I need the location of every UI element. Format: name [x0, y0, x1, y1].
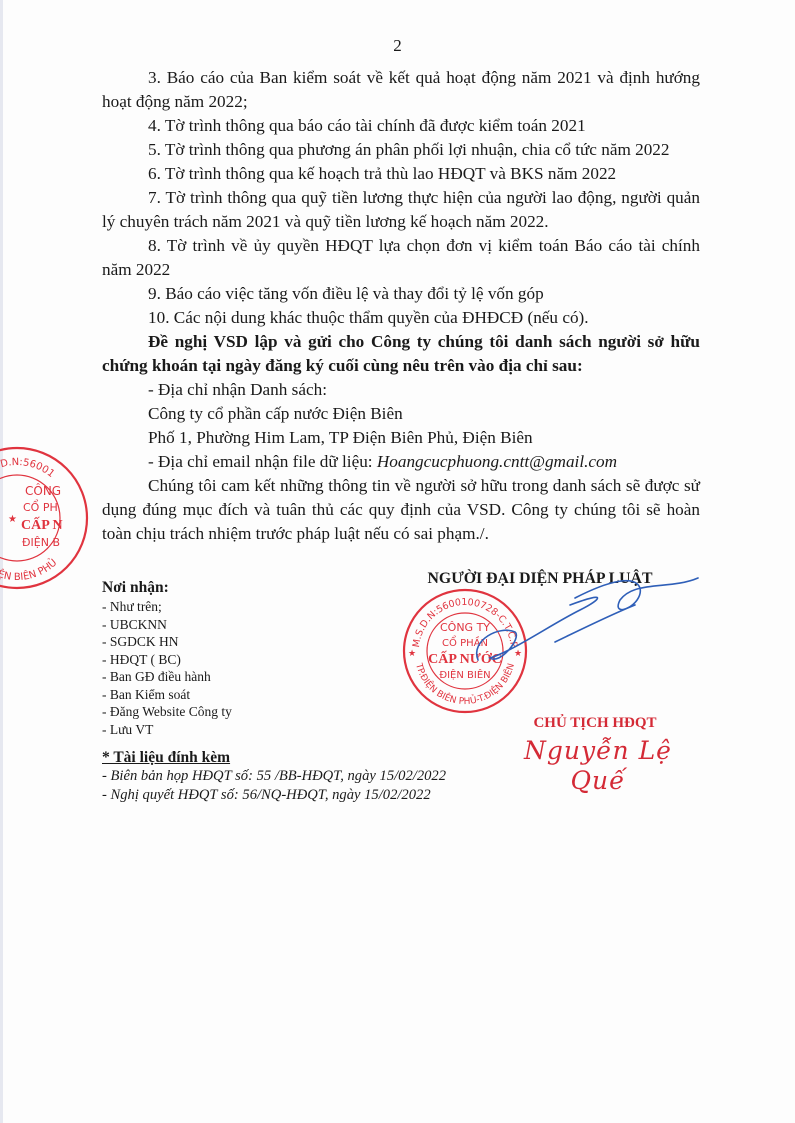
svg-text:CỔ PH: CỔ PH [23, 499, 58, 514]
recipient-item: - Đăng Website Công ty [102, 703, 362, 721]
attachment-item: - Biên bản họp HĐQT số: 55 /BB-HĐQT, ngà… [102, 767, 522, 786]
agenda-item: 6. Tờ trình thông qua kế hoạch trả thù l… [102, 162, 700, 186]
recipients-block: Nơi nhận: - Như trên; - UBCKNN - SGDCK H… [102, 578, 362, 738]
agenda-item: 9. Báo cáo việc tăng vốn điều lệ và thay… [102, 282, 700, 306]
company-address: Phố 1, Phường Him Lam, TP Điện Biên Phủ,… [102, 426, 700, 450]
recipient-item: - SGDCK HN [102, 633, 362, 651]
agenda-item: 4. Tờ trình thông qua báo cáo tài chính … [102, 114, 700, 138]
svg-text:★: ★ [8, 514, 17, 525]
recipient-item: - Như trên; [102, 598, 362, 616]
commitment-paragraph: Chúng tôi cam kết những thông tin về ngư… [102, 474, 700, 546]
attachment-item: - Nghị quyết HĐQT số: 56/NQ-HĐQT, ngày 1… [102, 786, 522, 805]
page-number: 2 [0, 36, 795, 56]
email-label: - Địa chỉ email nhận file dữ liệu: [148, 452, 377, 471]
svg-text:CẤP N: CẤP N [21, 516, 63, 533]
email-link[interactable]: Hoangcucphuong.cntt@gmail.com [377, 452, 617, 471]
recipient-item: - UBCKNN [102, 616, 362, 634]
recipient-item: - Ban Kiểm soát [102, 686, 362, 704]
request-paragraph: Đề nghị VSD lập và gửi cho Công ty chúng… [102, 330, 700, 378]
agenda-item: 5. Tờ trình thông qua phương án phân phố… [102, 138, 700, 162]
agenda-item: 3. Báo cáo của Ban kiểm soát về kết quả … [102, 66, 700, 114]
agenda-item: 8. Tờ trình về ủy quyền HĐQT lựa chọn đơ… [102, 234, 700, 282]
svg-text:★: ★ [408, 649, 416, 659]
agenda-item: 7. Tờ trình thông qua quỹ tiền lương thự… [102, 186, 700, 234]
agenda-item: 10. Các nội dung khác thuộc thẩm quyền c… [102, 306, 700, 330]
recipients-title: Nơi nhận: [102, 578, 362, 598]
svg-text:ĐIỆN B: ĐIỆN B [22, 536, 60, 549]
handwritten-signature [460, 570, 700, 680]
recipients-list: - Như trên; - UBCKNN - SGDCK HN - HĐQT (… [102, 598, 362, 738]
attachments-title: * Tài liệu đính kèm [102, 748, 522, 767]
recipient-item: - Ban GĐ điều hành [102, 668, 362, 686]
svg-text:CÔNG: CÔNG [25, 483, 61, 498]
company-name: Công ty cổ phần cấp nước Điện Biên [102, 402, 700, 426]
partial-company-seal: M.S.D.N:56001 TP.ĐIỆN BIÊN PHỦ CÔNG CỔ P… [0, 443, 92, 593]
address-label: - Địa chỉ nhận Danh sách: [102, 378, 700, 402]
recipient-item: - HĐQT ( BC) [102, 651, 362, 669]
document-body: 3. Báo cáo của Ban kiểm soát về kết quả … [102, 66, 700, 546]
document-page: 2 M.S.D.N:56001 TP.ĐIỆN BIÊN PHỦ CÔNG CỔ… [0, 0, 795, 1123]
email-line: - Địa chỉ email nhận file dữ liệu: Hoang… [102, 450, 700, 474]
signer-name: Nguyễn Lệ Quế [508, 736, 688, 796]
recipient-item: - Lưu VT [102, 721, 362, 739]
signer-position: CHỦ TỊCH HĐQT [520, 714, 670, 732]
attachments-block: * Tài liệu đính kèm - Biên bản họp HĐQT … [102, 748, 522, 805]
